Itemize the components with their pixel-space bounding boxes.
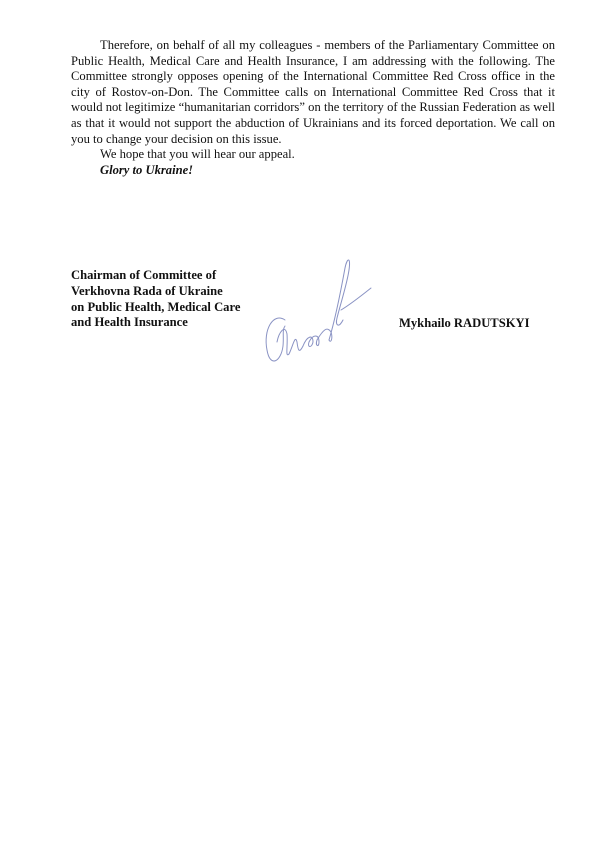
- signatory-title: Chairman of Committee of Verkhovna Rada …: [71, 268, 256, 331]
- document-page: Therefore, on behalf of all my colleague…: [0, 0, 595, 841]
- main-paragraph: Therefore, on behalf of all my colleague…: [71, 38, 555, 147]
- title-line: Chairman of Committee of: [71, 268, 256, 284]
- letter-body: Therefore, on behalf of all my colleague…: [71, 38, 555, 178]
- title-line: and Health Insurance: [71, 315, 256, 331]
- handwritten-signature-icon: [255, 250, 375, 375]
- hope-line: We hope that you will hear our appeal.: [71, 147, 555, 163]
- signer-name: Mykhailo RADUTSKYI: [399, 316, 530, 332]
- title-line: Verkhovna Rada of Ukraine: [71, 284, 256, 300]
- glory-line: Glory to Ukraine!: [71, 163, 555, 179]
- title-line: on Public Health, Medical Care: [71, 300, 256, 316]
